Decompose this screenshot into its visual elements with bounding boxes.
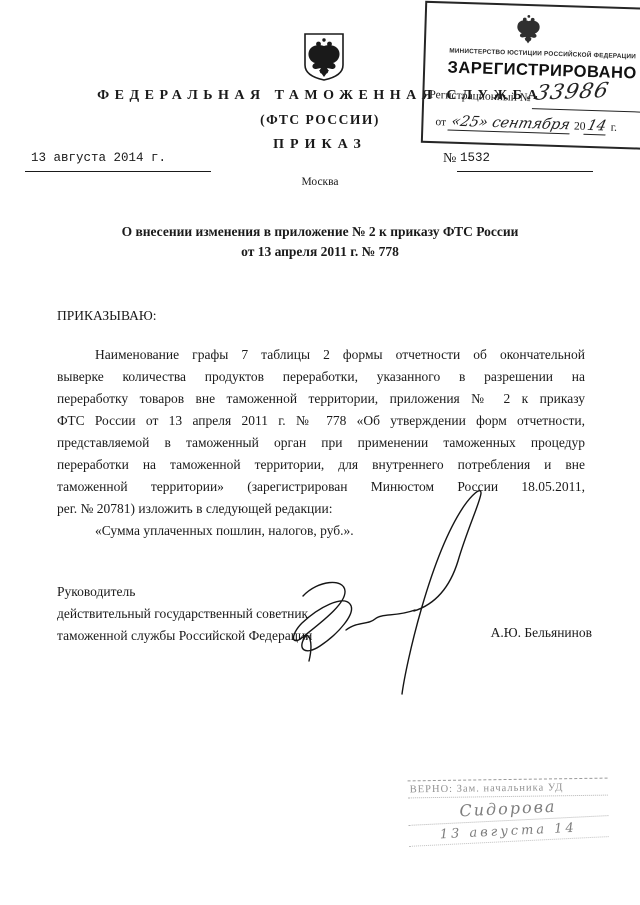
body-line: выверке количества продуктов переработки… <box>57 366 585 388</box>
title-line-2: от 13 апреля 2011 г. № 778 <box>56 242 584 262</box>
position-line: таможенной службы Российской Федерации <box>57 625 312 647</box>
document-city: Москва <box>0 176 640 188</box>
signatory-position: Руководитель действительный государствен… <box>57 581 312 647</box>
position-line: действительный государственный советник <box>57 603 312 625</box>
stamp-date-suffix: г. <box>611 122 618 134</box>
handwritten-signature <box>278 468 508 703</box>
stamp-underline <box>532 108 640 113</box>
scanned-order-document: ФЕДЕРАЛЬНАЯ ТАМОЖЕННАЯ СЛУЖБА (ФТС РОССИ… <box>0 0 640 905</box>
title-line-1: О внесении изменения в приложение № 2 к … <box>56 222 584 242</box>
certification-stamp: ВЕРНО: Зам. начальника УД Сидорова 13 ав… <box>408 778 609 844</box>
number-sign: № <box>443 151 456 167</box>
stamp-registration-number-handwritten: 33986 <box>533 78 611 105</box>
document-title: О внесении изменения в приложение № 2 к … <box>56 222 584 262</box>
body-line: Наименование графы 7 таблицы 2 формы отч… <box>57 344 585 366</box>
minjust-coat-of-arms-icon <box>512 11 545 53</box>
document-number: 1532 <box>457 151 593 172</box>
body-line: представляемой в таможенный орган при пр… <box>57 432 585 454</box>
order-word: ПРИКАЗЫВАЮ: <box>57 308 157 324</box>
position-line: Руководитель <box>57 581 312 603</box>
stamp-registration-number-label: Регистрационный № <box>429 89 531 104</box>
stamp-date-year-handwritten: 14 <box>583 118 610 136</box>
fts-coat-of-arms-icon <box>302 32 346 87</box>
registration-stamp: МИНИСТЕРСТВО ЮСТИЦИИ РОССИЙСКОЙ ФЕДЕРАЦИ… <box>421 1 640 150</box>
body-line: ФТС России от 13 апреля 2011 г. № 778 «О… <box>57 410 585 432</box>
stamp-date-handwritten: «25» сентября <box>447 114 573 135</box>
document-date: 13 августа 2014 г. <box>25 151 211 172</box>
stamp-date-line: от «25» сентября 2014 г. <box>435 113 617 136</box>
stamp-date-prefix: от <box>435 116 446 128</box>
body-line: переработку товаров вне таможенной терри… <box>57 388 585 410</box>
